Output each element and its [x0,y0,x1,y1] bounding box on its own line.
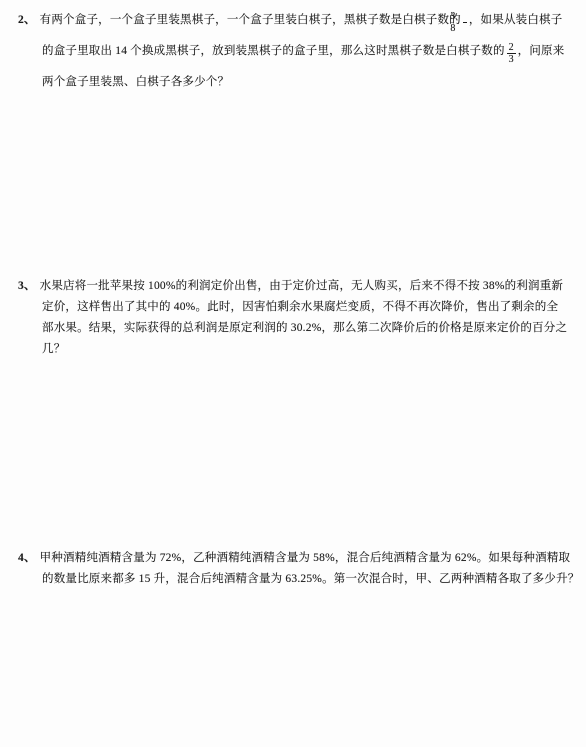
fraction-denominator: 8 [463,23,467,34]
problem-3-number: 3、 [18,280,36,292]
problem-3-line-4: 几？ [42,339,570,360]
fraction-numerator: 2 [507,42,516,54]
fraction-denominator: 3 [507,54,516,65]
fraction-two-thirds: 23 [507,42,516,65]
problem-4-line-1-text: 甲种酒精纯酒精含量为 72%，乙种酒精纯酒精含量为 58%，混合后纯酒精含量为 … [40,552,571,564]
problem-3-line-1: 3、水果店将一批苹果按 100%的利润定价出售，由于定价过高，无人购买，后来不得… [42,276,570,297]
math-problem-2: 2、有两个盒子，一个盒子里装黑棋子，一个盒子里装白棋子，黑棋子数是白棋子数的38… [18,5,570,98]
problem-4-line-1: 4、甲种酒精纯酒精含量为 72%，乙种酒精纯酒精含量为 58%，混合后纯酒精含量… [42,548,570,569]
problem-4-line-2: 的数量比原来都多 15 升，混合后纯酒精含量为 63.25%。第一次混合时，甲、… [42,569,570,590]
problem-3-line-2: 定价，这样售出了其中的 40%。此时，因害怕剩余水果腐烂变质，不得不再次降价，售… [42,297,570,318]
worksheet-page: 2、有两个盒子，一个盒子里装黑棋子，一个盒子里装白棋子，黑棋子数是白棋子数的38… [0,0,586,747]
problem-2-number: 2、 [18,14,36,26]
problem-2-line-2: 的盒子里取出 14 个换成黑棋子，放到装黑棋子的盒子里，那么这时黑棋子数是白棋子… [42,36,570,67]
problem-2-line-2-post: ，问原来 [518,45,565,57]
problem-2-line-1-pre: 有两个盒子，一个盒子里装黑棋子，一个盒子里装白棋子，黑棋子数是白棋子数的 [40,14,461,26]
problem-3-line-3: 部水果。结果，实际获得的总利润是原定利润的 30.2%，那么第二次降价后的价格是… [42,318,570,339]
problem-2-line-2-pre: 的盒子里取出 14 个换成黑棋子，放到装黑棋子的盒子里，那么这时黑棋子数是白棋子… [42,45,505,57]
problem-2-line-1-post: ，如果从装白棋子 [469,14,563,26]
fraction-numerator: 3 [463,11,467,23]
math-problem-4: 4、甲种酒精纯酒精含量为 72%，乙种酒精纯酒精含量为 58%，混合后纯酒精含量… [18,548,570,590]
fraction-three-eighths: 38 [463,11,467,34]
problem-3-line-1-text: 水果店将一批苹果按 100%的利润定价出售，由于定价过高，无人购买，后来不得不按… [40,280,563,292]
problem-2-line-1: 2、有两个盒子，一个盒子里装黑棋子，一个盒子里装白棋子，黑棋子数是白棋子数的38… [42,5,570,36]
problem-4-number: 4、 [18,552,36,564]
problem-2-line-3: 两个盒子里装黑、白棋子各多少个？ [42,67,570,98]
math-problem-3: 3、水果店将一批苹果按 100%的利润定价出售，由于定价过高，无人购买，后来不得… [18,276,570,360]
